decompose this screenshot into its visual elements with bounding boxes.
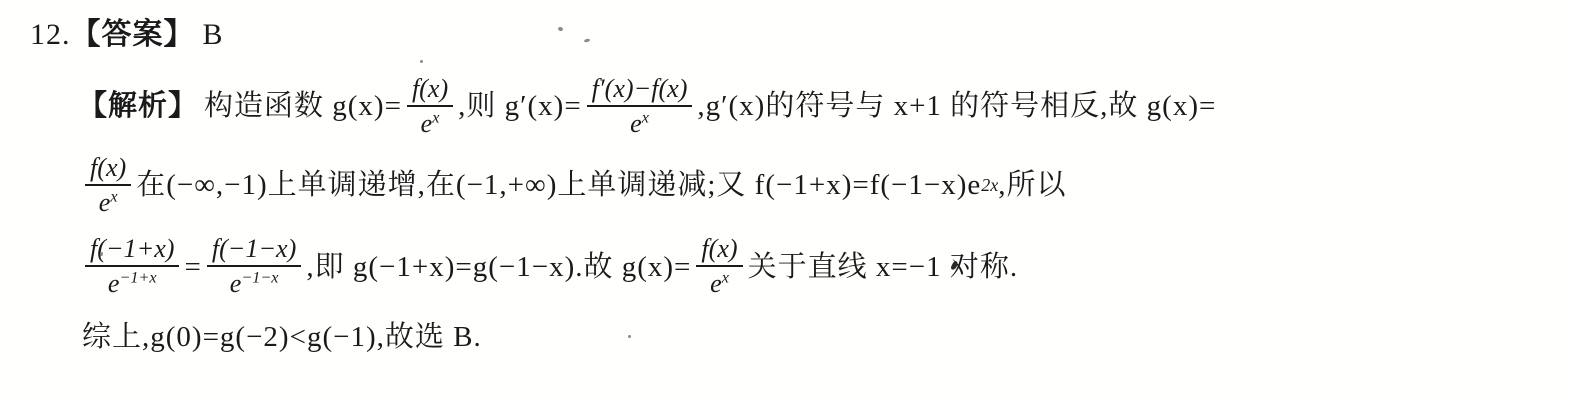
analysis-text: ,所以	[998, 167, 1066, 203]
fraction-numerator: f′(x)−f(x)	[587, 74, 693, 107]
fraction-denominator: e−1−x	[230, 267, 279, 299]
analysis-text: 关于直线 x=−1 对称.	[748, 249, 1018, 285]
denominator-exponent: x	[642, 109, 649, 126]
fraction-numerator: f(x)	[407, 74, 453, 107]
scan-speck	[420, 60, 423, 63]
fraction-f-neg1-plus-x: f(−1+x) e−1+x	[85, 234, 179, 299]
denominator-exponent: x	[110, 188, 117, 205]
denominator-base: e	[630, 109, 642, 138]
scan-speck	[100, 252, 103, 256]
denominator-base: e	[99, 188, 111, 217]
denominator-base: e	[108, 269, 120, 298]
fraction-numerator: f(−1+x)	[85, 234, 179, 267]
analysis-text: 在(−∞,−1)上单调递增,在(−1,+∞)上单调递减;又 f(−1+x)=f(…	[136, 167, 981, 203]
scan-speck	[628, 335, 631, 338]
analysis-text: 构造函数 g(x)=	[204, 88, 402, 124]
exponent-2x: 2x	[981, 174, 998, 196]
fraction-numerator: f(x)	[696, 234, 742, 267]
fraction-fx-over-ex: f(x) ex	[407, 74, 453, 139]
analysis-text: ,则 g′(x)=	[458, 88, 582, 124]
analysis-line-1: 【解析】 构造函数 g(x)= f(x) ex ,则 g′(x)= f′(x)−…	[78, 74, 1573, 139]
fraction-derivative: f′(x)−f(x) ex	[587, 74, 693, 139]
equals-sign: =	[184, 249, 201, 285]
denominator-exponent: −1−x	[241, 269, 278, 286]
denominator-base: e	[421, 109, 433, 138]
conclusion-text: 综上,g(0)=g(−2)<g(−1),故选 B.	[82, 319, 482, 355]
denominator-exponent: x	[432, 109, 439, 126]
fraction-denominator: e−1+x	[108, 267, 157, 299]
problem-number: 12.	[30, 16, 71, 54]
analysis-label: 【解析】	[78, 88, 198, 124]
fraction-denominator: ex	[421, 107, 440, 139]
fraction-fx-over-ex: f(x) ex	[85, 153, 131, 218]
scanned-solution-page: 12. 【答案】 B 【解析】 构造函数 g(x)= f(x) ex ,则 g′…	[0, 0, 1573, 403]
denominator-base: e	[710, 269, 722, 298]
denominator-exponent: x	[722, 269, 729, 286]
analysis-text: ,g′(x)的符号与 x+1 的符号相反,故 g(x)=	[697, 88, 1216, 124]
fraction-numerator: f(−1−x)	[207, 234, 301, 267]
answer-label: 【答案】	[71, 16, 195, 54]
answer-line: 12. 【答案】 B	[30, 16, 1573, 54]
analysis-text: ,即 g(−1+x)=g(−1−x).故 g(x)=	[306, 249, 691, 285]
fraction-denominator: ex	[630, 107, 649, 139]
denominator-base: e	[230, 269, 242, 298]
fraction-numerator: f(x)	[85, 153, 131, 186]
analysis-line-2: f(x) ex 在(−∞,−1)上单调递增,在(−1,+∞)上单调递减;又 f(…	[80, 153, 1573, 218]
fraction-denominator: ex	[99, 186, 118, 218]
denominator-exponent: −1+x	[119, 269, 156, 286]
answer-value: B	[203, 16, 224, 54]
fraction-fx-over-ex: f(x) ex	[696, 234, 742, 299]
fraction-f-neg1-minus-x: f(−1−x) e−1−x	[207, 234, 301, 299]
fraction-denominator: ex	[710, 267, 729, 299]
conclusion-line: 综上,g(0)=g(−2)<g(−1),故选 B.	[82, 319, 1573, 355]
analysis-line-3: f(−1+x) e−1+x = f(−1−x) e−1−x ,即 g(−1+x)…	[80, 234, 1573, 299]
